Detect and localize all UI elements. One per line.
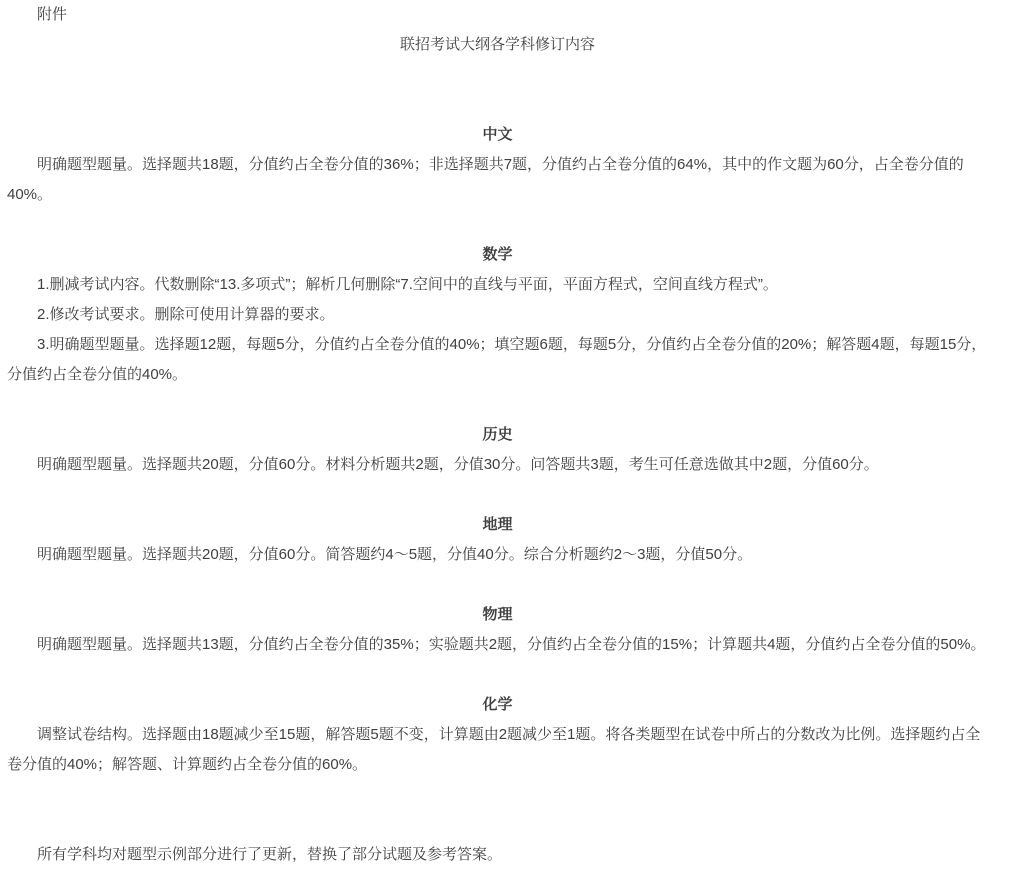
- section-heading: 地理: [7, 510, 988, 540]
- section-paragraph: 调整试卷结构。选择题由18题减少至15题，解答题5题不变，计算题由2题减少至1题…: [7, 720, 988, 780]
- subject-section: 化学 调整试卷结构。选择题由18题减少至15题，解答题5题不变，计算题由2题减少…: [7, 690, 988, 780]
- sections-container: 中文 明确题型题量。选择题共18题，分值约占全卷分值的36%；非选择题共7题，分…: [7, 120, 988, 780]
- section-paragraph: 明确题型题量。选择题共13题，分值约占全卷分值的35%；实验题共2题，分值约占全…: [7, 630, 988, 660]
- section-paragraph: 明确题型题量。选择题共20题，分值60分。材料分析题共2题，分值30分。问答题共…: [7, 450, 988, 480]
- subject-section: 数学 1.删减考试内容。代数删除“13.多项式”；解析几何删除“7.空间中的直线…: [7, 240, 988, 390]
- subject-section: 中文 明确题型题量。选择题共18题，分值约占全卷分值的36%；非选择题共7题，分…: [7, 120, 988, 210]
- document-page: 附件 联招考试大纲各学科修订内容 中文 明确题型题量。选择题共18题，分值约占全…: [0, 0, 1014, 873]
- subject-section: 物理 明确题型题量。选择题共13题，分值约占全卷分值的35%；实验题共2题，分值…: [7, 600, 988, 660]
- section-heading: 中文: [7, 120, 988, 150]
- page-title: 联招考试大纲各学科修订内容: [7, 30, 988, 60]
- subject-section: 历史 明确题型题量。选择题共20题，分值60分。材料分析题共2题，分值30分。问…: [7, 420, 988, 480]
- attachment-label: 附件: [7, 0, 988, 30]
- subject-section: 地理 明确题型题量。选择题共20题，分值60分。简答题约4～5题，分值40分。综…: [7, 510, 988, 570]
- section-paragraph: 3.明确题型题量。选择题12题，每题5分，分值约占全卷分值的40%；填空题6题，…: [7, 330, 988, 390]
- footer-note: 所有学科均对题型示例部分进行了更新，替换了部分试题及参考答案。: [7, 840, 988, 870]
- section-heading: 数学: [7, 240, 988, 270]
- section-paragraph: 明确题型题量。选择题共20题，分值60分。简答题约4～5题，分值40分。综合分析…: [7, 540, 988, 570]
- section-paragraph: 1.删减考试内容。代数删除“13.多项式”；解析几何删除“7.空间中的直线与平面…: [7, 270, 988, 300]
- section-paragraph: 2.修改考试要求。删除可使用计算器的要求。: [7, 300, 988, 330]
- section-paragraph: 明确题型题量。选择题共18题，分值约占全卷分值的36%；非选择题共7题，分值约占…: [7, 150, 988, 210]
- section-heading: 物理: [7, 600, 988, 630]
- section-heading: 化学: [7, 690, 988, 720]
- section-heading: 历史: [7, 420, 988, 450]
